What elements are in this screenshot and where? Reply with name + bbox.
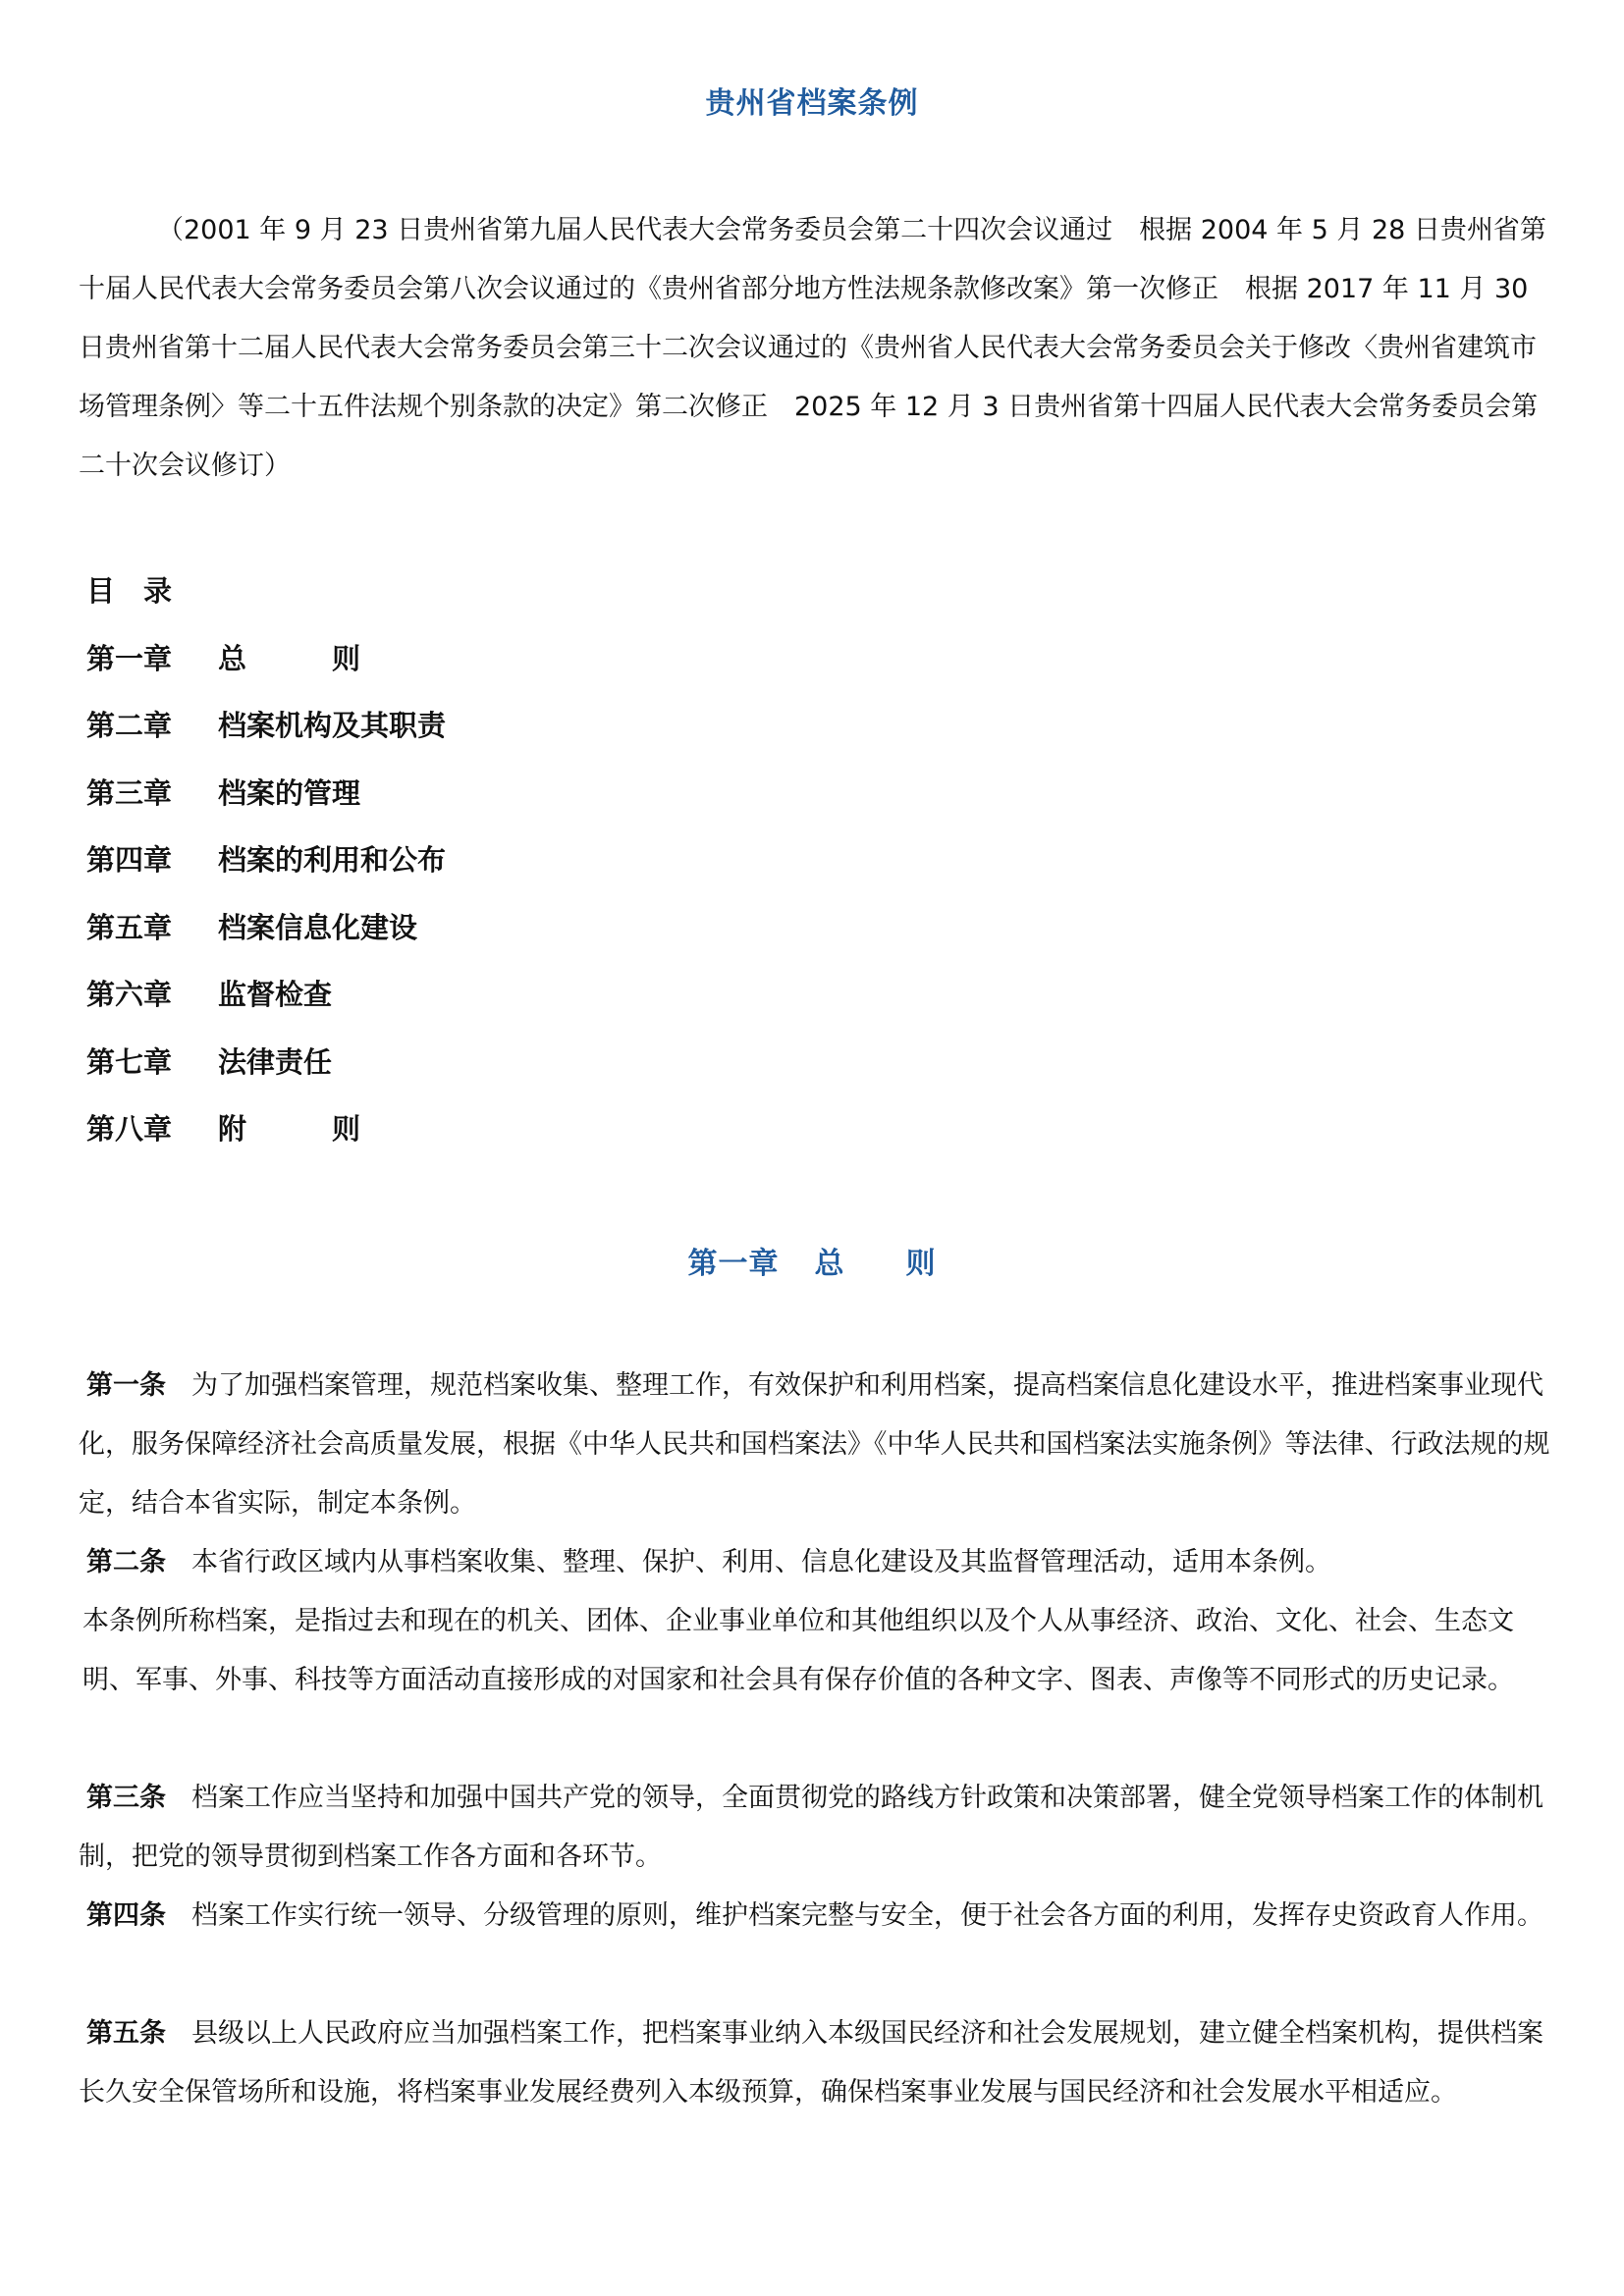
article-5: 第五条县级以上人民政府应当加强档案工作，把档案事业纳入本级国民经济和社会发展规划…	[79, 2004, 1551, 2122]
chapter-title: 总 则	[815, 1239, 937, 1282]
chapter-label: 第一章	[688, 1239, 780, 1282]
article-text: 档案工作实行统一领导、分级管理的原则，维护档案完整与安全，便于社会各方面的利用，…	[191, 1900, 1543, 1931]
document-page: 贵州省档案条例 （2001 年 9 月 23 日贵州省第九届人民代表大会常务委员…	[0, 0, 1624, 2296]
toc-item[interactable]: 第八章附 则	[86, 1107, 446, 1175]
toc-item-label: 第六章	[86, 973, 218, 1013]
table-of-contents: 目 录 第一章总 则 第二章档案机构及其职责 第三章档案的管理 第四章档案的利用…	[86, 569, 446, 1175]
toc-item-label: 第二章	[86, 704, 218, 744]
article-3: 第三条档案工作应当坚持和加强中国共产党的领导，全面贯彻党的路线方针政策和决策部署…	[79, 1769, 1551, 1887]
toc-item-label: 第四章	[86, 838, 218, 879]
toc-item-label: 第一章	[86, 637, 218, 677]
article-text: 县级以上人民政府应当加强档案工作，把档案事业纳入本级国民经济和社会发展规划，建立…	[79, 2018, 1543, 2108]
toc-item-label: 第八章	[86, 1107, 218, 1148]
article-paragraph: 本条例所称档案，是指过去和现在的机关、团体、企业事业单位和其他组织以及个人从事经…	[82, 1592, 1551, 1710]
article-number: 第四条	[86, 1900, 166, 1931]
article-number: 第一条	[86, 1370, 166, 1401]
toc-item[interactable]: 第二章档案机构及其职责	[86, 704, 446, 772]
toc-item-label: 第五章	[86, 906, 218, 946]
toc-item[interactable]: 第七章法律责任	[86, 1041, 446, 1108]
toc-item-label: 第三章	[86, 772, 218, 812]
toc-item-title: 总 则	[218, 642, 360, 675]
article-1: 第一条为了加强档案管理，规范档案收集、整理工作，有效保护和利用档案，提高档案信息…	[79, 1357, 1551, 1533]
toc-item-title: 档案的利用和公布	[218, 843, 446, 877]
article-text: 为了加强档案管理，规范档案收集、整理工作，有效保护和利用档案，提高档案信息化建设…	[79, 1370, 1550, 1519]
toc-item[interactable]: 第四章档案的利用和公布	[86, 838, 446, 906]
article-text: 本省行政区域内从事档案收集、整理、保护、利用、信息化建设及其监督管理活动，适用本…	[191, 1547, 1331, 1577]
toc-item-title: 档案信息化建设	[218, 911, 417, 944]
toc-item-title: 法律责任	[218, 1045, 332, 1079]
toc-item[interactable]: 第一章总 则	[86, 637, 446, 705]
toc-item[interactable]: 第三章档案的管理	[86, 772, 446, 839]
toc-item-title: 附 则	[218, 1112, 360, 1146]
toc-item[interactable]: 第六章监督检查	[86, 973, 446, 1041]
article-number: 第二条	[86, 1547, 166, 1577]
article-number: 第三条	[86, 1783, 166, 1813]
toc-item-label: 第七章	[86, 1041, 218, 1081]
article-text: 档案工作应当坚持和加强中国共产党的领导，全面贯彻党的路线方针政策和决策部署，健全…	[79, 1783, 1543, 1872]
toc-item-title: 监督检查	[218, 978, 332, 1011]
toc-item-title: 档案的管理	[218, 776, 360, 810]
toc-item[interactable]: 第五章档案信息化建设	[86, 906, 446, 974]
toc-heading: 目 录	[86, 569, 446, 637]
toc-item-title: 档案机构及其职责	[218, 709, 446, 742]
preamble: （2001 年 9 月 23 日贵州省第九届人民代表大会常务委员会第二十四次会议…	[79, 201, 1551, 496]
chapter-heading: 第一章总 则	[0, 1239, 1624, 1282]
article-4: 第四条档案工作实行统一领导、分级管理的原则，维护档案完整与安全，便于社会各方面的…	[79, 1887, 1551, 1946]
document-title: 贵州省档案条例	[0, 79, 1624, 122]
article-2: 第二条本省行政区域内从事档案收集、整理、保护、利用、信息化建设及其监督管理活动，…	[79, 1533, 1551, 1710]
article-number: 第五条	[86, 2018, 166, 2049]
